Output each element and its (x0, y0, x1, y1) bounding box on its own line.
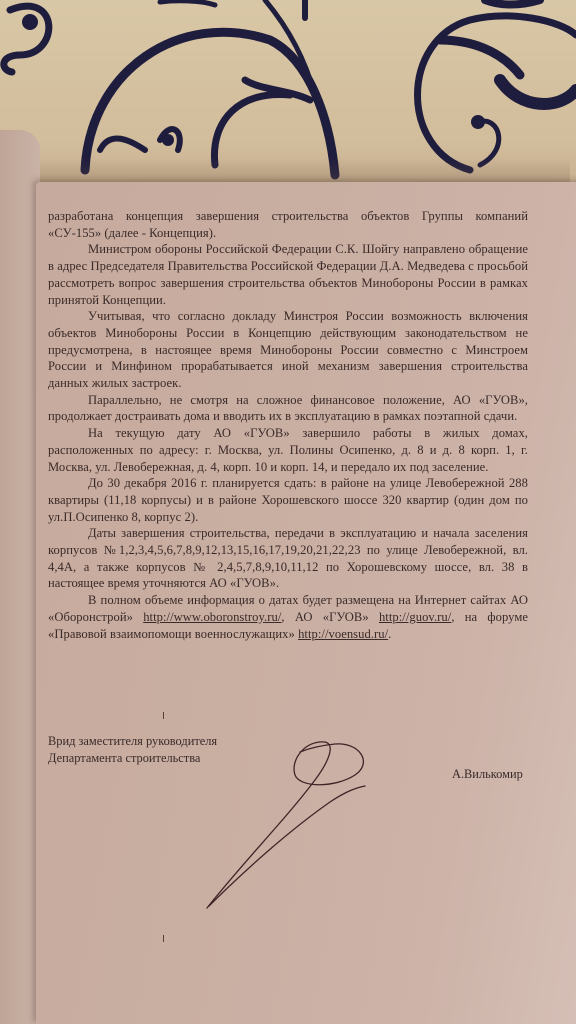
info-mid-text-1: , АО «ГУОВ» (281, 610, 379, 624)
link-voensud[interactable]: http://voensud.ru/ (298, 627, 388, 641)
handwritten-signature-icon (195, 730, 395, 910)
paragraph-info-sites: В полном объеме информация о датах будет… (48, 592, 528, 642)
paragraph-shoigu-appeal: Министром обороны Российской Федерации С… (48, 241, 528, 308)
link-guov[interactable]: http://guov.ru/ (379, 610, 451, 624)
signatory-title-line-2: Департамента строительства (48, 750, 217, 767)
ink-mark (163, 712, 164, 719)
underlying-page (0, 130, 40, 1024)
signatory-name: А.Вилькомир (452, 767, 523, 782)
signatory-title-line-1: Врид заместителя руководителя (48, 733, 217, 750)
link-oboronstroy[interactable]: http://www.oboronstroy.ru/ (143, 610, 281, 624)
paragraph-dates-clarified: Даты завершения строительства, передачи … (48, 525, 528, 592)
paragraph-completed-houses: На текущую дату АО «ГУОВ» завершило рабо… (48, 425, 528, 475)
document-body: разработана концепция завершения строите… (48, 208, 528, 642)
paragraph-intro: разработана концепция завершения строите… (48, 208, 528, 241)
info-end-text: . (388, 627, 391, 641)
ink-mark (163, 935, 164, 942)
paragraph-guov-continues: Параллельно, не смотря на сложное финанс… (48, 392, 528, 425)
paragraph-minstroy-report: Учитывая, что согласно докладу Минстроя … (48, 308, 528, 392)
signatory-title: Врид заместителя руководителя Департамен… (48, 733, 217, 767)
paragraph-planned-delivery: До 30 декабря 2016 г. планируется сдать:… (48, 475, 528, 525)
